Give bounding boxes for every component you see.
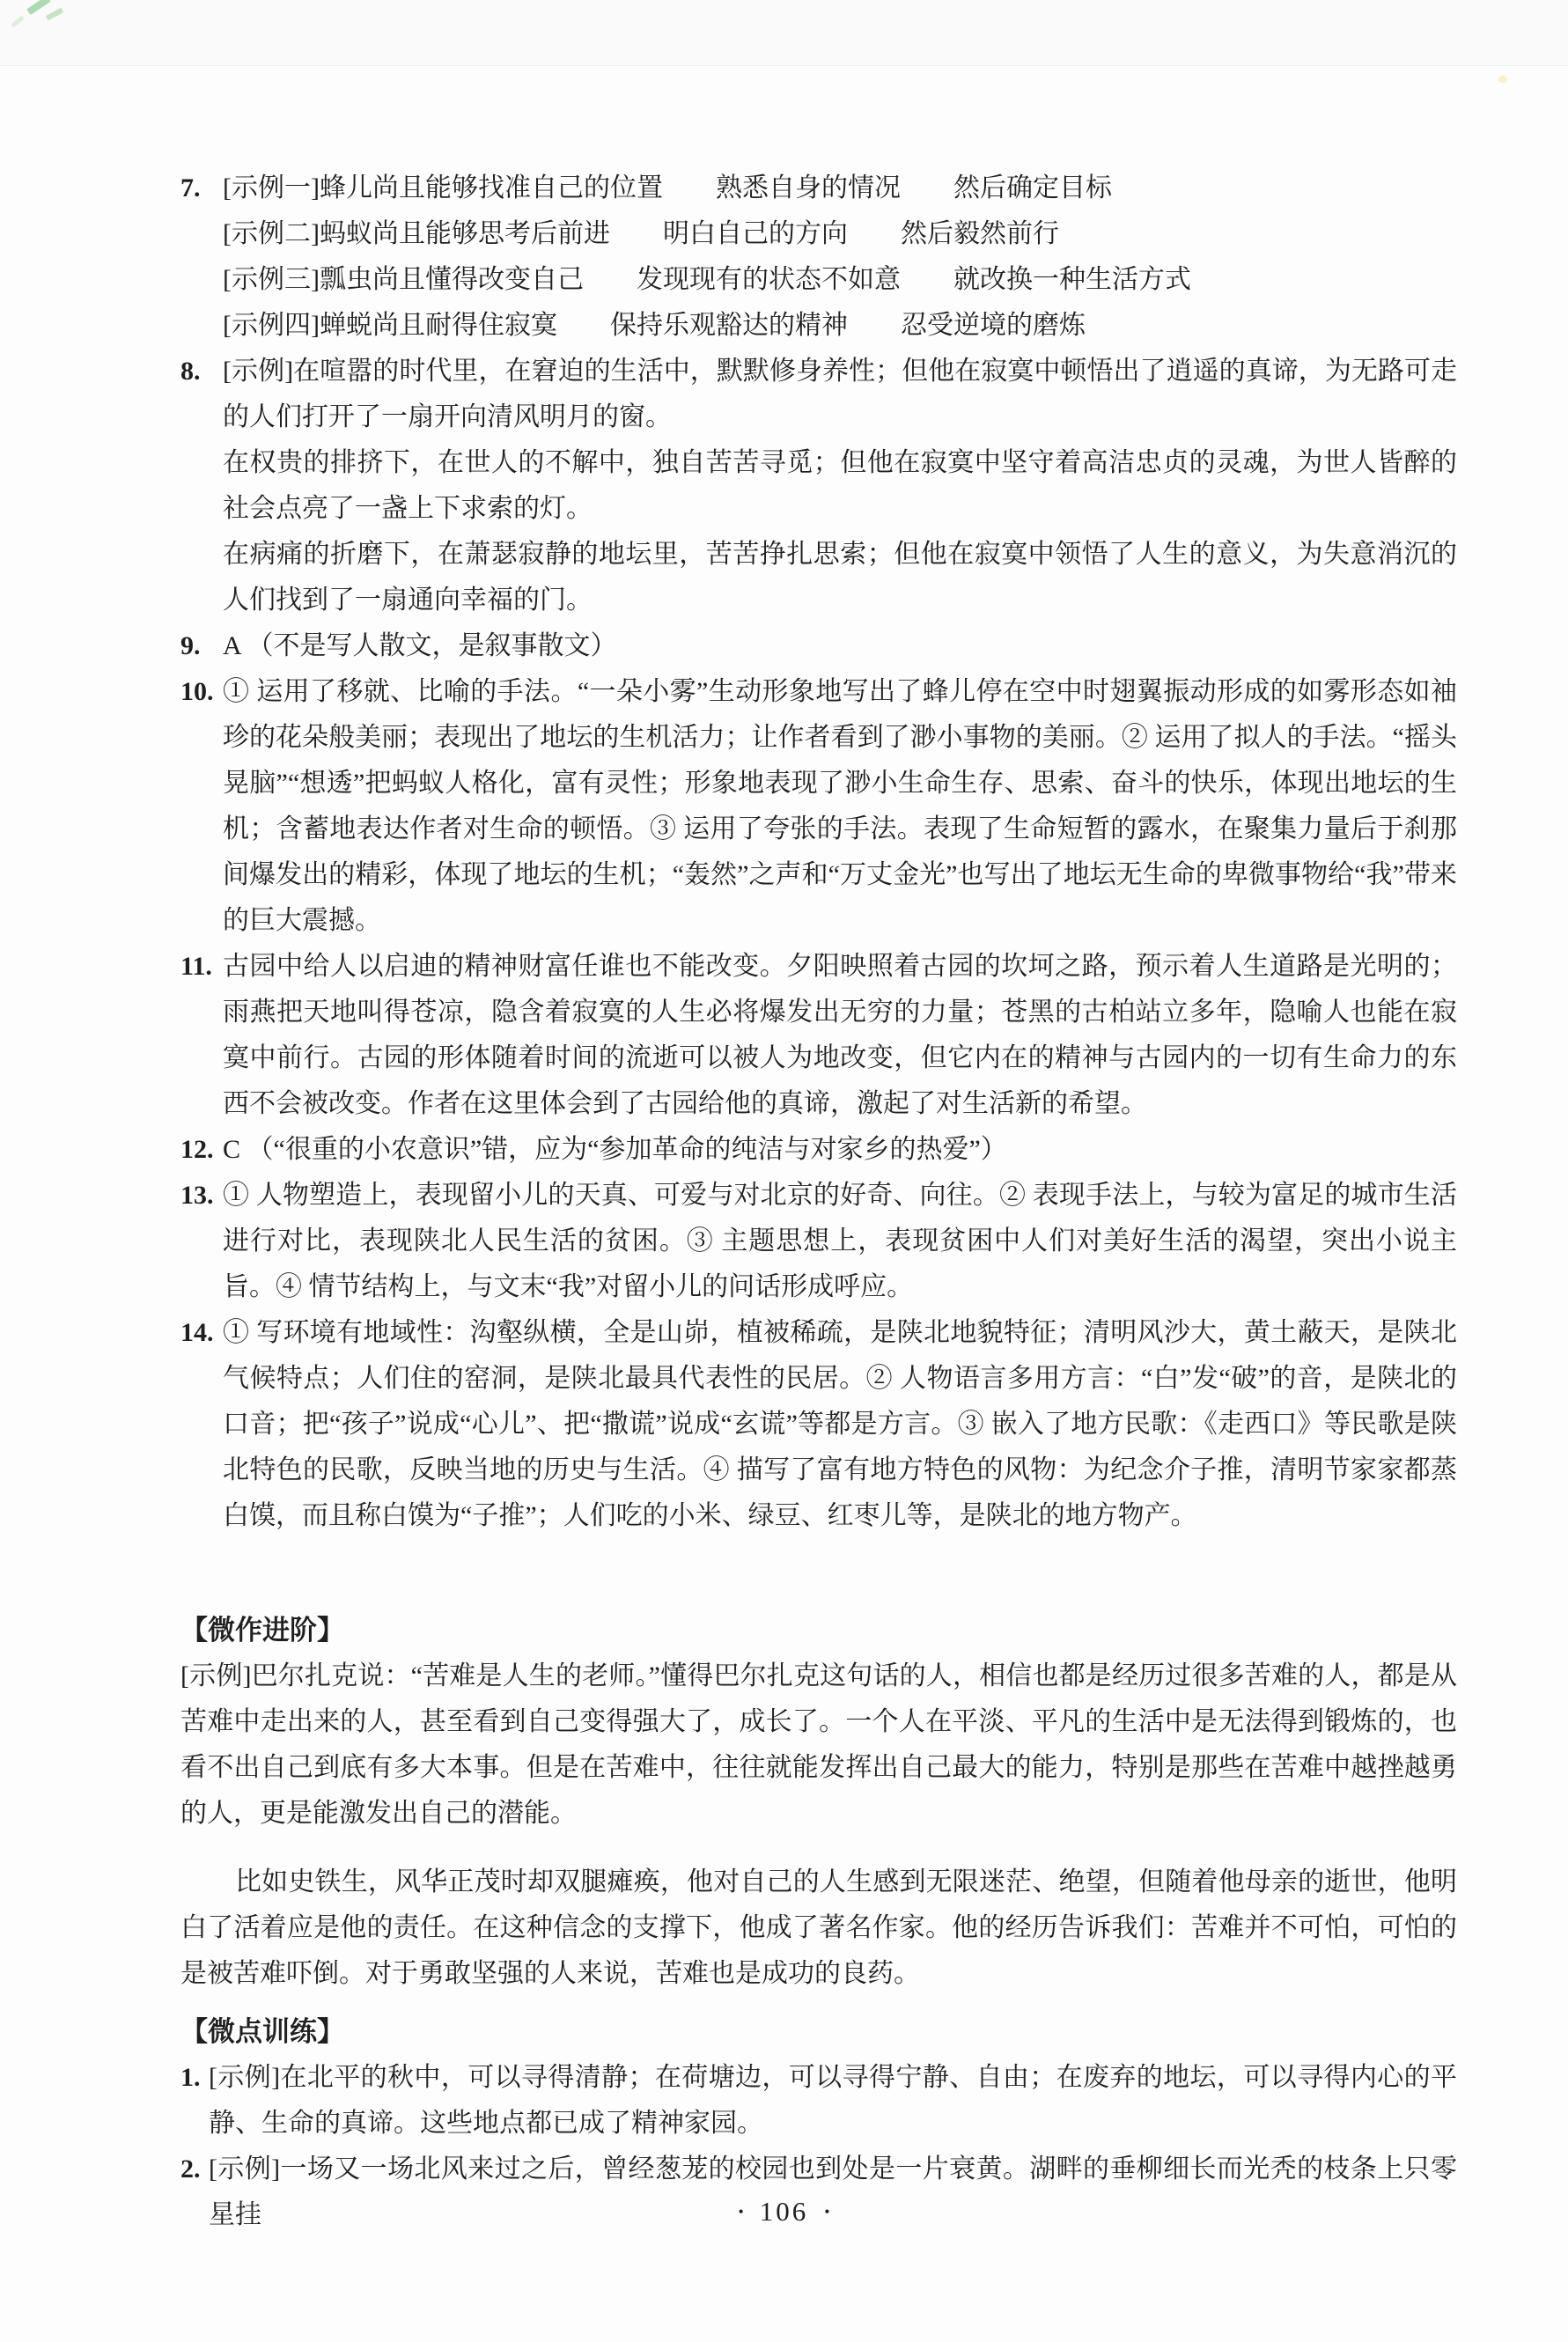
answer-number: 10. [180,669,223,715]
answer-body: A （不是写人散文，是叙事散文） [223,623,1457,669]
answer-body: ① 人物塑造上，表现留小儿的天真、可爱与对北京的好奇、向往。② 表现手法上，与较… [223,1173,1457,1310]
scan-speck [1498,76,1507,83]
answer-body: C （“很重的小农意识”错，应为“参加革命的纯洁与对家乡的热爱”） [223,1127,1457,1173]
answer-number: 14. [180,1310,223,1356]
answer-paragraph: 在病痛的折磨下，在萧瑟寂静的地坛里，苦苦挣扎思索；但他在寂寞中领悟了人生的意义，… [223,532,1457,623]
answer-paragraph: C （“很重的小农意识”错，应为“参加革命的纯洁与对家乡的热爱”） [223,1127,1457,1173]
answer-item-10: 10. ① 运用了移就、比喻的手法。“一朵小雾”生动形象地写出了蜂儿停在空中时翅… [180,669,1457,944]
answer-paragraph: 在权贵的排挤下，在世人的不解中，独自苦苦寻觅；但他在寂寞中坚守着高洁忠贞的灵魂，… [223,440,1457,532]
answer-body: [示例一]蜂儿尚且能够找准自己的位置 熟悉自身的情况 然后确定目标 [示例二]蚂… [223,166,1457,349]
answer-item-13: 13. ① 人物塑造上，表现留小儿的天真、可爱与对北京的好奇、向往。② 表现手法… [180,1173,1457,1310]
micro-writing-paragraph: [示例]巴尔扎克说：“苦难是人生的老师。”懂得巴尔扎克这句话的人，相信也都是经历… [180,1653,1457,1837]
answer-body: ① 写环境有地域性：沟壑纵横，全是山峁，植被稀疏，是陕北地貌特征；清明风沙大，黄… [223,1310,1457,1539]
answer-paragraph: [示例二]蚂蚁尚且能够思考后前进 明白自己的方向 然后毅然前行 [223,211,1457,257]
answer-item-8: 8. [示例]在喧嚣的时代里，在窘迫的生活中，默默修身养性；但他在寂寞中顿悟出了… [180,349,1457,623]
answer-body: ① 运用了移就、比喻的手法。“一朵小雾”生动形象地写出了蜂儿停在空中时翅翼振动形… [223,669,1457,944]
answer-number: 12. [180,1127,223,1173]
answer-number: 8. [180,349,223,394]
page-number: 106 [760,2196,809,2227]
footer-left-dot: • [722,2203,759,2220]
answer-item-11: 11. 古园中给人以启迪的精神财富任谁也不能改变。夕阳映照着古园的坎坷之路，预示… [180,944,1457,1127]
answer-paragraph: [示例一]蜂儿尚且能够找准自己的位置 熟悉自身的情况 然后确定目标 [223,166,1457,211]
micro-writing-paragraph: 比如史铁生，风华正茂时却双腿瘫痪，他对自己的人生感到无限迷茫、绝望，但随着他母亲… [180,1860,1457,1997]
answer-number: 9. [180,623,223,669]
answer-paragraph: A （不是写人散文，是叙事散文） [223,623,1457,669]
answer-item-9: 9. A （不是写人散文，是叙事散文） [180,623,1457,669]
section-title-micro-training: 【微点训练】 [180,2009,1457,2055]
training-number: 1. [180,2055,209,2101]
answer-number: 13. [180,1173,223,1219]
answer-paragraph: 古园中给人以启迪的精神财富任谁也不能改变。夕阳映照着古园的坎坷之路，预示着人生道… [223,944,1457,1127]
page-footer: •106• [0,2189,1568,2235]
answer-paragraph: [示例]在喧嚣的时代里，在窘迫的生活中，默默修身养性；但他在寂寞中顿悟出了逍遥的… [223,349,1457,440]
answer-paragraph: ① 写环境有地域性：沟壑纵横，全是山峁，植被稀疏，是陕北地貌特征；清明风沙大，黄… [223,1310,1457,1539]
footer-right-dot: • [808,2203,845,2220]
answer-item-12: 12. C （“很重的小农意识”错，应为“参加革命的纯洁与对家乡的热爱”） [180,1127,1457,1173]
training-item-1: 1. [示例]在北平的秋中，可以寻得清静；在荷塘边，可以寻得宁静、自由；在废弃的… [180,2055,1457,2147]
answers-content: 7. [示例一]蜂儿尚且能够找准自己的位置 熟悉自身的情况 然后确定目标 [示例… [180,166,1457,2238]
answer-number: 11. [180,944,223,990]
green-scan-mark [46,8,63,21]
answer-item-7: 7. [示例一]蜂儿尚且能够找准自己的位置 熟悉自身的情况 然后确定目标 [示例… [180,166,1457,349]
answer-item-14: 14. ① 写环境有地域性：沟壑纵横，全是山峁，植被稀疏，是陕北地貌特征；清明风… [180,1310,1457,1539]
training-body: [示例]在北平的秋中，可以寻得清静；在荷塘边，可以寻得宁静、自由；在废弃的地坛，… [209,2055,1457,2147]
answer-paragraph: [示例三]瓢虫尚且懂得改变自己 发现现有的状态不如意 就改换一种生活方式 [223,257,1457,303]
answer-paragraph: ① 运用了移就、比喻的手法。“一朵小雾”生动形象地写出了蜂儿停在空中时翅翼振动形… [223,669,1457,944]
scanned-answer-page: 7. [示例一]蜂儿尚且能够找准自己的位置 熟悉自身的情况 然后确定目标 [示例… [0,0,1568,2342]
answer-paragraph: [示例四]蝉蜕尚且耐得住寂寞 保持乐观豁达的精神 忍受逆境的磨炼 [223,303,1457,349]
training-number: 2. [180,2147,209,2192]
green-scan-mark [11,15,24,27]
green-scan-mark [26,0,51,15]
section-title-micro-writing: 【微作进阶】 [180,1608,1457,1653]
training-paragraph: [示例]在北平的秋中，可以寻得清静；在荷塘边，可以寻得宁静、自由；在废弃的地坛，… [209,2055,1457,2147]
answer-paragraph: ① 人物塑造上，表现留小儿的天真、可爱与对北京的好奇、向往。② 表现手法上，与较… [223,1173,1457,1310]
scan-edge-band [0,0,1568,66]
answer-body: [示例]在喧嚣的时代里，在窘迫的生活中，默默修身养性；但他在寂寞中顿悟出了逍遥的… [223,349,1457,623]
answer-number: 7. [180,166,223,211]
answer-body: 古园中给人以启迪的精神财富任谁也不能改变。夕阳映照着古园的坎坷之路，预示着人生道… [223,944,1457,1127]
